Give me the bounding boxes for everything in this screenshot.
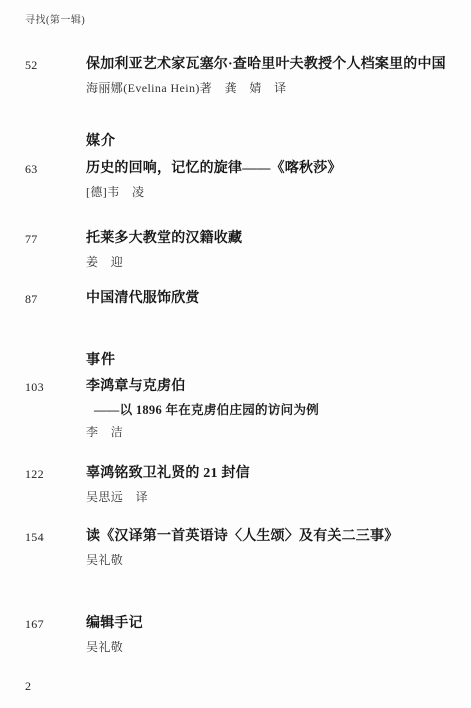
entry-author: [德]韦 凌 <box>86 184 461 200</box>
entry-author: 吴思远 译 <box>86 489 461 505</box>
entry-title: 保加利亚艺术家瓦塞尔·查哈里叶夫教授个人档案里的中国 <box>86 55 461 75</box>
toc-entry-154: 154 读《汉译第一首英语诗〈人生颂〉及有关二三事》 吴礼敬 <box>25 527 461 568</box>
toc-entry-52: 52 保加利亚艺术家瓦塞尔·查哈里叶夫教授个人档案里的中国 海丽娜(Evelin… <box>25 55 461 96</box>
section-heading-events: 事件 <box>86 349 116 369</box>
toc-entry-167: 167 编辑手记 吴礼敬 <box>25 614 461 655</box>
entry-title: 编辑手记 <box>86 614 461 634</box>
toc-document-page: 寻找(第一辑) 52 保加利亚艺术家瓦塞尔·查哈里叶夫教授个人档案里的中国 海丽… <box>0 0 471 708</box>
toc-entry-122: 122 辜鸿铭致卫礼贤的 21 封信 吴思远 译 <box>25 464 461 505</box>
entry-page-number: 63 <box>25 159 86 177</box>
toc-entry-77: 77 托莱多大教堂的汉籍收藏 姜 迎 <box>25 229 461 270</box>
entry-author: 李 洁 <box>86 424 461 440</box>
entry-title: 历史的回响，记忆的旋律——《喀秋莎》 <box>86 159 461 179</box>
section-heading-media: 媒介 <box>86 130 116 150</box>
page-number-folio: 2 <box>25 679 31 694</box>
entry-title: 李鸿章与克虏伯 <box>86 377 461 397</box>
entry-author: 吴礼敬 <box>86 639 461 655</box>
toc-entry-63: 63 历史的回响，记忆的旋律——《喀秋莎》 [德]韦 凌 <box>25 159 461 200</box>
entry-author: 姜 迎 <box>86 254 461 270</box>
toc-entry-87: 87 中国清代服饰欣赏 <box>25 289 461 309</box>
entry-author: 吴礼敬 <box>86 552 461 568</box>
entry-title: 辜鸿铭致卫礼贤的 21 封信 <box>86 464 461 484</box>
entry-title: 读《汉译第一首英语诗〈人生颂〉及有关二三事》 <box>86 527 461 547</box>
running-header: 寻找(第一辑) <box>25 11 85 26</box>
entry-page-number: 167 <box>25 614 86 632</box>
entry-title: 托莱多大教堂的汉籍收藏 <box>86 229 461 249</box>
entry-subtitle: ——以 1896 年在克虏伯庄园的访问为例 <box>86 401 461 419</box>
entry-page-number: 154 <box>25 527 86 545</box>
entry-page-number: 122 <box>25 464 86 482</box>
toc-entry-103: 103 李鸿章与克虏伯 ——以 1896 年在克虏伯庄园的访问为例 李 洁 <box>25 377 461 440</box>
entry-page-number: 77 <box>25 229 86 247</box>
entry-page-number: 52 <box>25 55 86 73</box>
entry-page-number: 103 <box>25 377 86 395</box>
entry-author: 海丽娜(Evelina Hein)著 龚 婧 译 <box>86 80 461 96</box>
entry-page-number: 87 <box>25 289 86 307</box>
entry-title: 中国清代服饰欣赏 <box>86 289 461 309</box>
